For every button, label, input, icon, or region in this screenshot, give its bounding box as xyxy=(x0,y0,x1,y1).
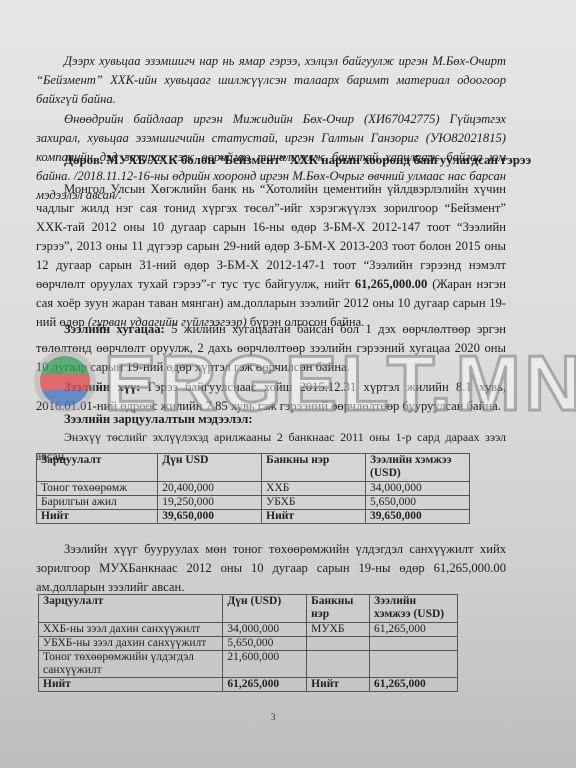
table-cell xyxy=(307,651,370,678)
table-cell: Нийт xyxy=(39,678,223,692)
loan-agreement-text-1: Монгол Улсын Хөгжлийн банк нь “Хотолийн … xyxy=(36,182,506,291)
table-cell: ХХБ xyxy=(262,482,366,496)
table-cell xyxy=(307,637,370,651)
table-header-cell: Дүн USD xyxy=(158,454,262,482)
table-header-cell: Банкны нэр xyxy=(262,454,366,482)
table-cell: 61,265,000 xyxy=(223,678,307,692)
section-heading: Дөров. МУХБ ХХК болон “Бейзмент” ХХК нар… xyxy=(64,152,531,168)
paragraph-loan-term: Зээлийн хугацаа: 5 жилийн хугацаатай бай… xyxy=(36,320,506,377)
table-cell: Нийт xyxy=(37,510,158,524)
table-cell: 34,000,000 xyxy=(223,623,307,637)
table-cell xyxy=(370,651,458,678)
loan-amount: 61,265,000.00 xyxy=(355,277,427,291)
table-cell: 61,265,000 xyxy=(370,678,458,692)
table-cell: 19,250,000 xyxy=(158,496,262,510)
table-cell: 21,600,000 xyxy=(223,651,307,678)
table-cell: МУХБ xyxy=(307,623,370,637)
table-row: Тоног төхөөрөмж 20,400,000 ХХБ 34,000,00… xyxy=(37,482,470,496)
table-row: Барилгын ажил 19,250,000 УБХБ 5,650,000 xyxy=(37,496,470,510)
mdb-loan-table: Зарцуулалт Дүн (USD) Банкны нэр Зээлийн … xyxy=(38,594,458,692)
document-page: Дээрх хувьцаа эзэмшигч нар нь ямар гэрээ… xyxy=(0,0,576,768)
table-row: ХХБ-ны зээл дахин санхүүжилт 34,000,000 … xyxy=(39,623,458,637)
paragraph-loan-agreement: Монгол Улсын Хөгжлийн банк нь “Хотолийн … xyxy=(36,180,506,332)
interest-rate-label: Зээлийн хүү: xyxy=(64,380,141,394)
table-header-cell: Зээлийн хэмжээ (USD) xyxy=(370,595,458,623)
table-row: УБХБ-ны зээл дахин санхүүжилт 5,650,000 xyxy=(39,637,458,651)
table-cell: ХХБ-ны зээл дахин санхүүжилт xyxy=(39,623,223,637)
table-cell: 61,265,000 xyxy=(370,623,458,637)
table-cell: 5,650,000 xyxy=(223,637,307,651)
table-cell: 39,650,000 xyxy=(158,510,262,524)
table-cell: Нийт xyxy=(262,510,366,524)
table-cell: 34,000,000 xyxy=(366,482,470,496)
table-cell: Барилгын ажил xyxy=(37,496,158,510)
table-cell: УБХБ-ны зээл дахин санхүүжилт xyxy=(39,637,223,651)
table-header-row: Зарцуулалт Дүн USD Банкны нэр Зээлийн хэ… xyxy=(37,454,470,482)
table-cell: 5,650,000 xyxy=(366,496,470,510)
page-number: 3 xyxy=(271,712,276,722)
loan-usage-subheading: Зээлийн зарцуулалтын мэдээлэл: xyxy=(64,412,253,427)
table-cell: УБХБ xyxy=(262,496,366,510)
paragraph-shareholders: Дээрх хувьцаа эзэмшигч нар нь ямар гэрээ… xyxy=(36,52,506,109)
table-row: Тоног төхөөрөмжийн үлдэгдэл санхүүжилт 2… xyxy=(39,651,458,678)
table-cell: 20,400,000 xyxy=(158,482,262,496)
table-header-cell: Зарцуулалт xyxy=(37,454,158,482)
paragraph-mdb-loan: Зээлийн хүүг бууруулах мөн тоног төхөөрө… xyxy=(36,540,506,597)
table-total-row: Нийт 61,265,000 Нийт 61,265,000 xyxy=(39,678,458,692)
paragraph-interest-rate: Зээлийн хүү: Гэрээ байгуулснаас хойш 201… xyxy=(36,378,506,416)
table-header-cell: Дүн (USD) xyxy=(223,595,307,623)
initial-loans-table: Зарцуулалт Дүн USD Банкны нэр Зээлийн хэ… xyxy=(36,453,470,524)
table-cell xyxy=(370,637,458,651)
table-header-cell: Банкны нэр xyxy=(307,595,370,623)
table-cell: Нийт xyxy=(307,678,370,692)
table-cell: 39,650,000 xyxy=(366,510,470,524)
table-header-cell: Зээлийн хэмжээ (USD) xyxy=(366,454,470,482)
table-total-row: Нийт 39,650,000 Нийт 39,650,000 xyxy=(37,510,470,524)
table-header-cell: Зарцуулалт xyxy=(39,595,223,623)
table-cell: Тоног төхөөрөмж xyxy=(37,482,158,496)
table-cell: Тоног төхөөрөмжийн үлдэгдэл санхүүжилт xyxy=(39,651,223,678)
loan-term-label: Зээлийн хугацаа: xyxy=(64,322,165,336)
table-header-row: Зарцуулалт Дүн (USD) Банкны нэр Зээлийн … xyxy=(39,595,458,623)
